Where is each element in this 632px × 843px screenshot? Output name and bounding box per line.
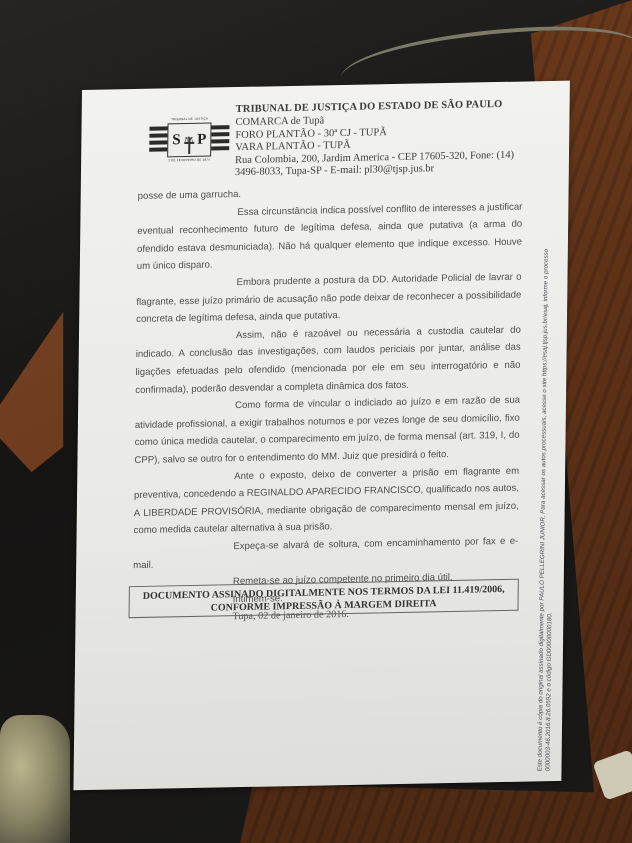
paragraph-conflict: Essa circunstância indica possível confl… (137, 198, 523, 276)
paragraph-police-authority: Embora prudente a postura da DD. Autorid… (136, 269, 522, 329)
logo-letter-p: P (197, 131, 206, 148)
shoe (0, 715, 70, 843)
logo-caption-top: TRIBUNAL DE JUSTIÇA (164, 116, 216, 121)
logo-letter-s: S (172, 132, 181, 149)
paragraph-ruling: Ante o exposto, deixo de converter a pri… (133, 462, 519, 540)
margin-verification-note: Este documento é cópia do original assin… (536, 111, 560, 772)
logo-caption-bottom: 3 DE FEVEREIRO DE 1874 (163, 157, 215, 162)
printed-document-page: TRIBUNAL DE JUSTIÇA S ⚖ P 3 DE FEVEREIRO… (73, 81, 569, 791)
paragraph-custody: Assim, não é razoável ou necessária a cu… (135, 321, 521, 399)
document-header: TRIBUNAL DE JUSTIÇA S ⚖ P 3 DE FEVEREIRO… (149, 98, 550, 188)
cross-icon (188, 138, 190, 154)
court-info: TRIBUNAL DE JUSTIÇA DO ESTADO DE SÃO PAU… (235, 98, 556, 180)
tjsp-logo: TRIBUNAL DE JUSTIÇA S ⚖ P 3 DE FEVEREIRO… (149, 115, 230, 163)
decision-body: posse de uma garrucha. Essa circunstânci… (132, 181, 522, 628)
paragraph-precautionary-measure: Como forma de vincular o indiciado ao ju… (134, 392, 520, 470)
